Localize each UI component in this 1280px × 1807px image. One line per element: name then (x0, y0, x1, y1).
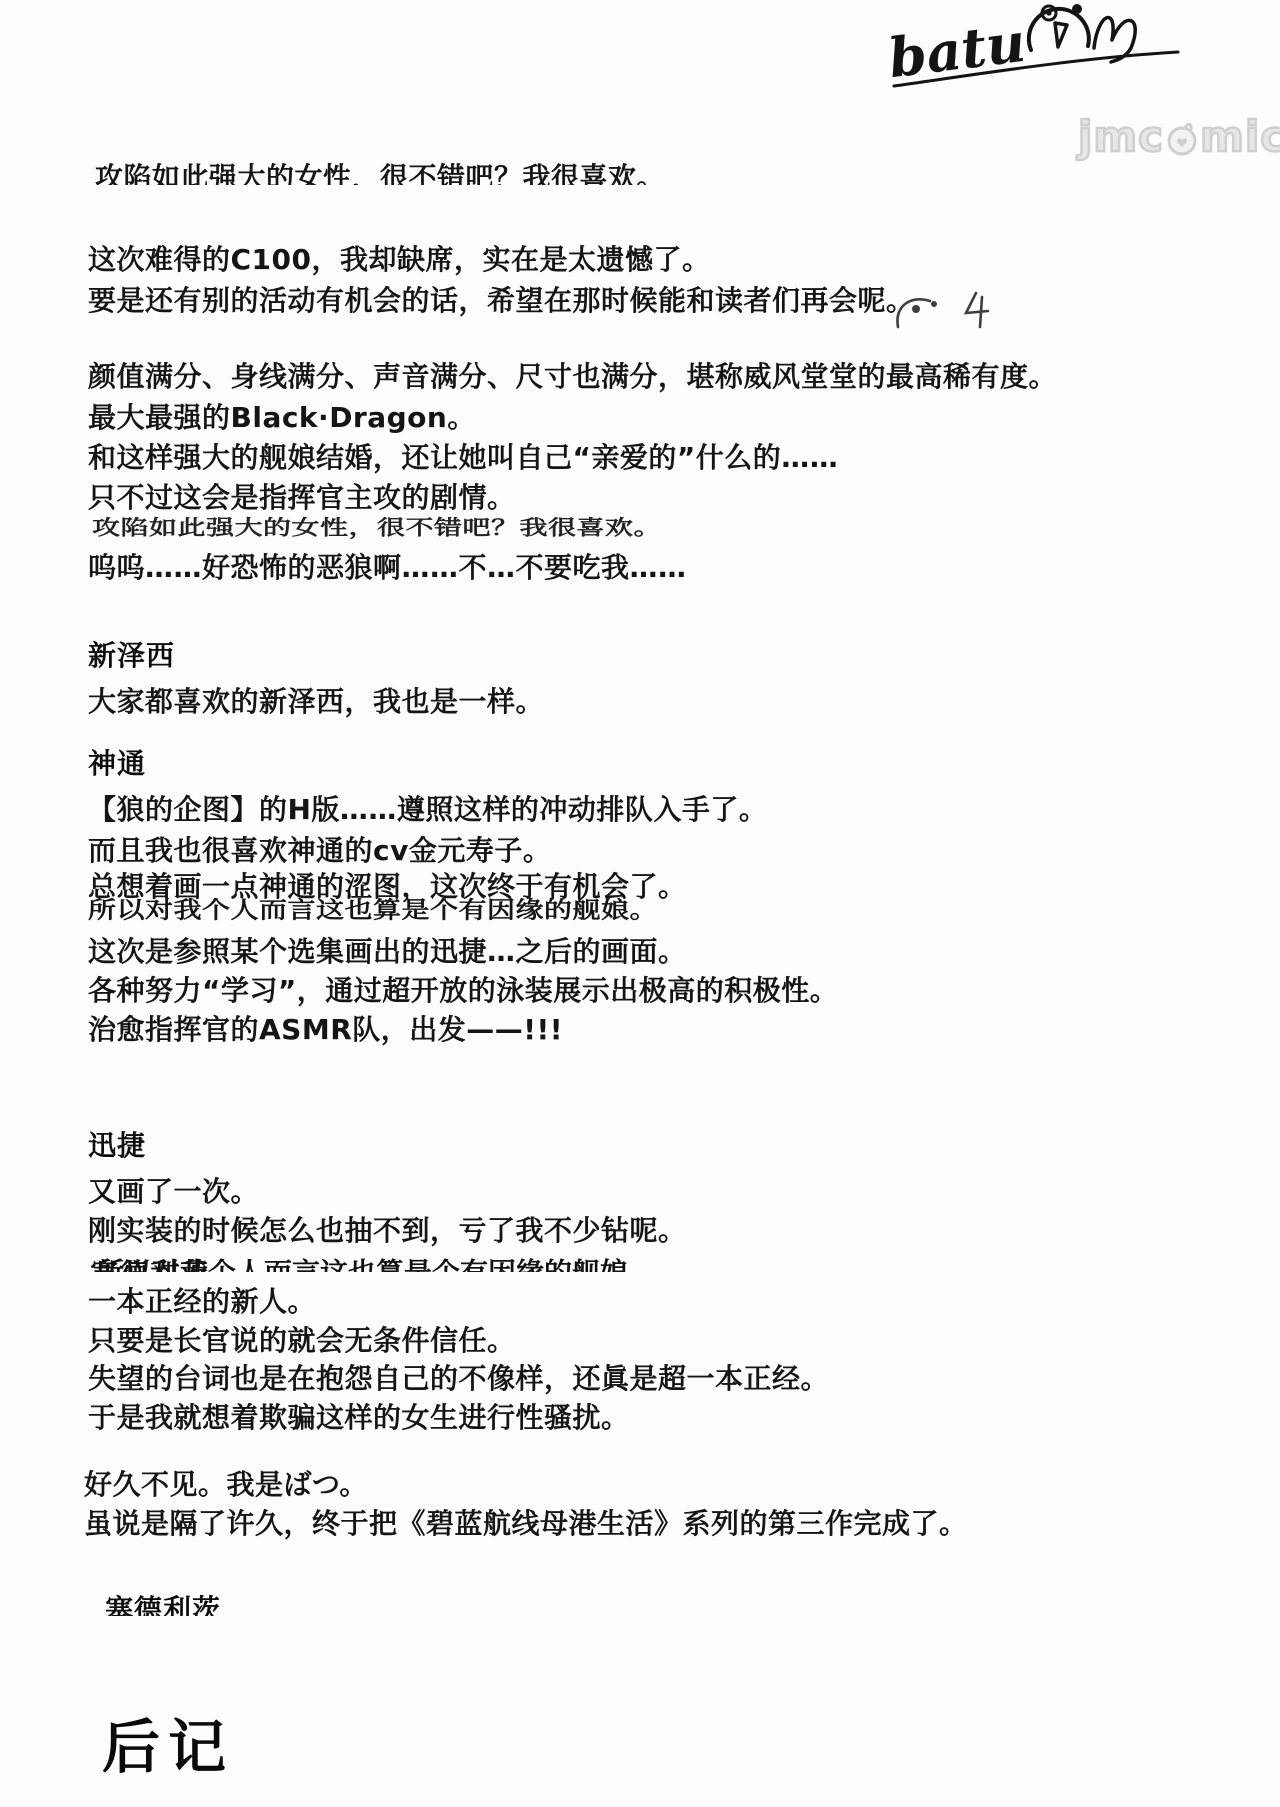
paragraph-line: 和这样强大的舰娘结婚，还让她叫自己“亲爱的”什么的…… (88, 442, 838, 474)
artifact-line-top-text: 攻陷如此强大的女性，很不错吧？我很喜欢。 (95, 162, 665, 185)
section-header-seydlitz-clipped: 塞德利茨 (105, 1594, 221, 1616)
paragraph-line: 只要是长官说的就会无条件信任。 (88, 1325, 516, 1357)
watermark-text-right: mic (1200, 112, 1280, 161)
watermark-text-left: jmc (1078, 112, 1164, 161)
paragraph-line: 大家都喜欢的新泽西，我也是一样。 (88, 686, 544, 718)
section-header-new-jersey: 新泽西 (88, 640, 175, 672)
artifact-line-squished: 攻陷如此强大的女性，很不错吧？我很喜欢。 (92, 516, 662, 540)
paragraph-line: 各种努力“学习”，通过超开放的泳装展示出极高的积极性。 (88, 975, 838, 1007)
paragraph-line: 失望的台词也是在抱怨自己的不像样，还眞是超一本正经。 (88, 1363, 829, 1395)
paragraph-line: 要是还有别的活动有机会的话，希望在那时候能和读者们再会呢。 (88, 285, 915, 317)
artifact-body-text: 所以对我个人而言这也算是个有因缘的舰娘 (96, 1252, 628, 1272)
artifact-line-overlapping: 所以对我个人而言这也算是个有因缘的舰娘。 (88, 897, 658, 923)
paragraph-line: 虽说是隔了许久，终于把《碧蓝航线母港生活》系列的第三作完成了。 (84, 1508, 968, 1540)
paragraph-line: 呜呜……好恐怖的恶狼啊……不…不要吃我…… (88, 552, 687, 584)
artifact-line-top: 攻陷如此强大的女性，很不错吧？我很喜欢。 (95, 162, 665, 185)
artifact-line-garbled: 塞德利茨 所以对我个人而言这也算是个有因缘的舰娘 (90, 1252, 850, 1272)
paragraph-line: 这次难得的C100，我却缺席，实在是太遗憾了。 (88, 244, 711, 276)
artist-signature: batu (886, 2, 1186, 98)
paragraph-line: 颜值满分、身线满分、声音满分、尺寸也满分，堪称威风堂堂的最高稀有度。 (88, 361, 1057, 393)
side-doodle-icon (892, 289, 1012, 333)
paragraph-line: 一本正经的新人。 (88, 1286, 316, 1318)
signature-text: batu (886, 10, 1029, 90)
bird-doodle-icon: batu (886, 2, 1186, 94)
afterword-page-scan: batu jmc mic 攻陷如此强大的女性，很不错吧？我很喜欢。 这次难得的C… (0, 0, 1280, 1807)
section-header-jintsuu: 神通 (88, 748, 146, 780)
paragraph-line: 刚实装的时候怎么也抽不到，亏了我不少钻呢。 (88, 1215, 687, 1247)
paragraph-line: 好久不见。我是ばつ。 (84, 1469, 368, 1501)
paragraph-line: 【狼的企图】的H版……遵照这样的冲动排队入手了。 (88, 794, 767, 826)
section-header-seydlitz-text: 塞德利茨 (105, 1594, 221, 1616)
paragraph-line: 而且我也很喜欢神通的cv金元寿子。 (88, 835, 551, 867)
afterword-title: 后记 (102, 1700, 234, 1784)
paragraph-line: 只不过这会是指挥官主攻的剧情。 (88, 482, 516, 514)
paragraph-line: 于是我就想着欺骗这样的女生进行性骚扰。 (88, 1402, 630, 1434)
paragraph-line: 这次是参照某个选集画出的迅捷…之后的画面。 (88, 936, 687, 968)
section-header-swiftsure: 迅捷 (88, 1130, 146, 1162)
watermark-mascot-icon (1165, 121, 1199, 157)
paragraph-line: 又画了一次。 (88, 1176, 259, 1208)
paragraph-line: 治愈指挥官的ASMR队，出发——!!! (88, 1014, 563, 1046)
paragraph-line: 最大最强的Black·Dragon。 (88, 402, 476, 434)
watermark: jmc mic (1078, 112, 1280, 161)
